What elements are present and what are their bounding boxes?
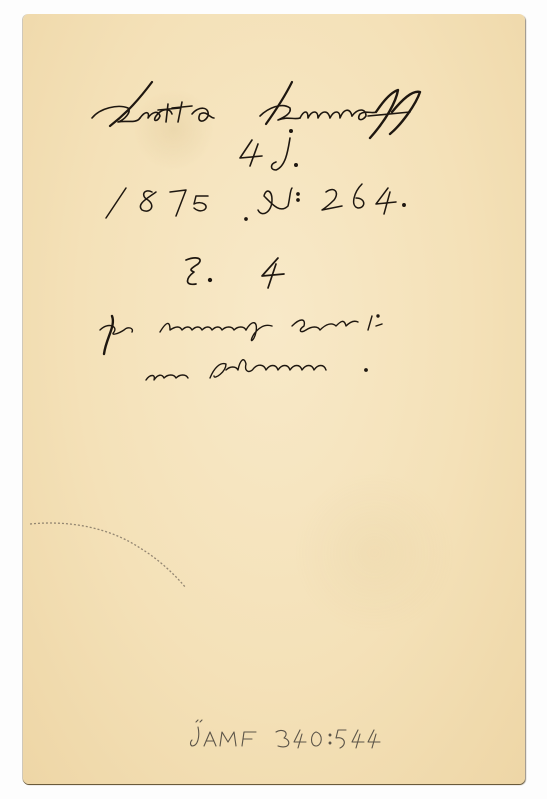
faint-stamp-arc [30,523,186,588]
code-line-script [186,258,284,288]
note-line-2-script [146,360,367,380]
handwriting-layer [0,0,547,799]
name-line-script [92,82,420,138]
year-number-script [106,184,405,220]
inventory-number-pencil [191,720,381,748]
age-line-script [240,130,297,170]
note-line-1-script [100,315,382,354]
